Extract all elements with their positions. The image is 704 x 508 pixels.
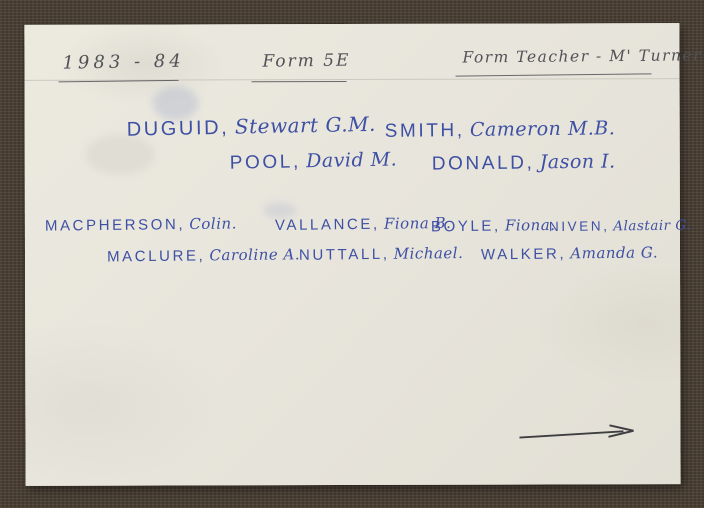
form-underline <box>252 81 347 82</box>
record-card: 1983 - 84 Form 5E Form Teacher - M' Turn… <box>24 23 680 486</box>
pupil-surname: NIVEN, <box>549 218 610 234</box>
pupil-given-names: Stewart G.M. <box>235 112 376 139</box>
pupil-entry: NUTTALL, Michael. <box>299 244 464 264</box>
pupil-surname: MACLURE, <box>107 247 205 265</box>
pupil-entry: MACPHERSON, Colin. <box>45 214 237 234</box>
form-teacher-underline <box>456 73 652 76</box>
pupil-surname: MACPHERSON, <box>45 216 185 235</box>
photo-background: 1983 - 84 Form 5E Form Teacher - M' Turn… <box>0 0 704 508</box>
pupil-entry: DUGUID, Stewart G.M. <box>126 112 376 142</box>
pupil-surname: POOL, <box>230 151 301 173</box>
pupil-entry: NIVEN, Alastair G. <box>549 217 691 235</box>
pupil-entry: VALLANCE, Fiona B. <box>275 214 452 234</box>
pupil-surname: VALLANCE, <box>275 216 380 234</box>
pupil-given-names: Jason I. <box>540 151 616 174</box>
pupil-entry: MACLURE, Caroline A. <box>107 245 300 265</box>
pupil-surname: WALKER, <box>481 245 566 263</box>
pupil-entry: BOYLE, Fiona. <box>431 216 556 235</box>
form-label: Form 5E <box>262 51 350 72</box>
year-label: 1983 - 84 <box>62 51 185 74</box>
pupil-given-names: Alastair G. <box>613 217 691 234</box>
pupil-surname: DUGUID, <box>126 117 229 141</box>
pupil-surname: BOYLE, <box>431 218 501 236</box>
pupil-given-names: Colin. <box>189 214 237 233</box>
pupil-entry: WALKER, Amanda G. <box>481 243 658 263</box>
form-teacher-label: Form Teacher - M' Turner <box>462 46 702 66</box>
pupil-given-names: Amanda G. <box>570 243 658 262</box>
pupil-given-names: David M. <box>306 148 398 172</box>
pupil-given-names: Caroline A. <box>209 245 300 264</box>
pupil-given-names: Cameron M.B. <box>470 117 616 141</box>
year-underline <box>59 80 179 83</box>
pupil-entry: POOL, David M. <box>230 148 398 174</box>
pupil-given-names: Michael. <box>394 244 464 263</box>
pupil-surname: DONALD, <box>432 152 535 174</box>
pupil-entry: DONALD, Jason I. <box>432 151 616 176</box>
pupil-entry: SMITH, Cameron M.B. <box>385 117 616 143</box>
right-arrow-icon <box>517 424 649 442</box>
pupil-surname: SMITH, <box>385 120 465 142</box>
pupil-surname: NUTTALL, <box>299 246 390 264</box>
